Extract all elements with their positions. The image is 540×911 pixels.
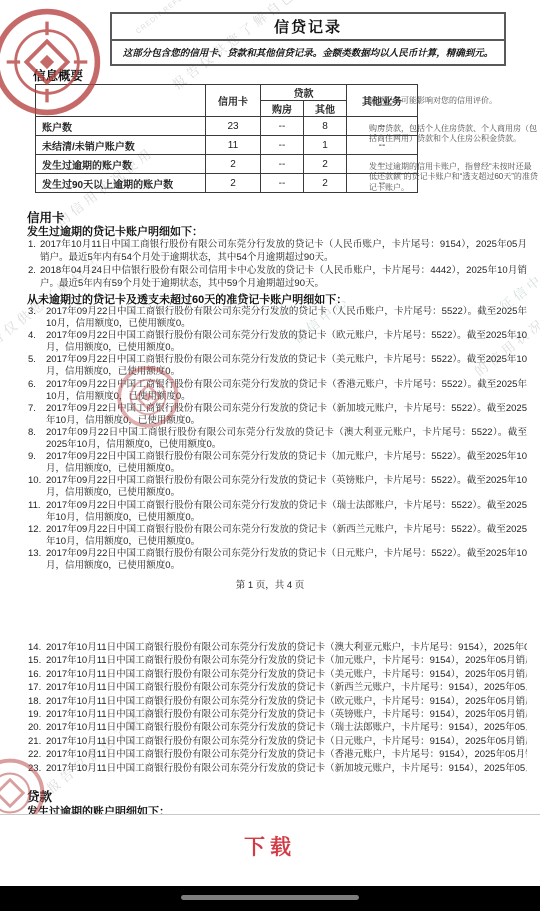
item-number: 14. [28,641,41,654]
item-text: 2017年09月22日中国工商银行股份有限公司东莞分行发放的贷记卡（日元账户，卡… [46,548,527,571]
list-item: 4.2017年09月22日中国工商银行股份有限公司东莞分行发放的贷记卡（欧元账户… [27,330,527,354]
table-row: 发生过逾期的账户数 2 -- 2 -- [36,155,418,174]
item-number: 12. [28,524,41,536]
item-text: 2017年10月11日中国工商银行股份有限公司东莞分行发放的贷记卡（日元账户，卡… [46,736,527,747]
list-item: 2. 2018年04月24日中信银行股份有限公司信用卡中心发放的贷记卡（人民币账… [27,264,527,290]
report-scroll-area[interactable]: CREDIT REFERENCE CENTER 报告仅供您了解自己 报告仅供您了… [0,0,540,814]
item-number: 1. [28,238,36,251]
item-text: 2017年09月22日中国工商银行股份有限公司东莞分行发放的贷记卡（欧元账户，卡… [46,330,527,353]
download-button[interactable]: 下载 [238,830,302,862]
summary-notes: 逾期记录可能影响对您的信用评价。 购房贷款，包括个人住房贷款、个人商用房（包括商… [369,96,539,210]
item-text: 2017年09月22日中国工商银行股份有限公司东莞分行发放的贷记卡（瑞士法郎账户… [46,500,527,523]
item-number: 20. [28,721,41,734]
table-corner-cell [36,85,206,117]
cell: 1 [304,136,347,155]
table-row: 账户数 23 -- 8 -- [36,117,418,136]
item-number: 7. [28,403,36,415]
item-text: 2017年09月22日中国工商银行股份有限公司东莞分行发放的贷记卡（加元账户，卡… [46,451,527,474]
list-item: 13.2017年09月22日中国工商银行股份有限公司东莞分行发放的贷记卡（日元账… [27,548,527,572]
item-number: 2. [28,264,36,277]
table-row: 未结清/未销户账户数 11 -- 1 -- [36,136,418,155]
cell: -- [261,174,304,193]
item-text: 2017年10月11日中国工商银行股份有限公司东莞分行发放的贷记卡（欧元账户，卡… [46,696,527,707]
cell: 2 [206,155,261,174]
loan-overdue-subheading: 发生过逾期的账户明细如下： [27,803,170,814]
list-item: 3.2017年09月22日中国工商银行股份有限公司东莞分行发放的贷记卡（人民币账… [27,306,527,330]
cell: 2 [304,174,347,193]
row-label: 未结清/未销户账户数 [36,136,206,155]
list-item: 10.2017年09月22日中国工商银行股份有限公司东莞分行发放的贷记卡（英镑账… [27,475,527,499]
item-number: 3. [28,306,36,318]
list-item: 5.2017年09月22日中国工商银行股份有限公司东莞分行发放的贷记卡（美元账户… [27,354,527,378]
item-number: 6. [28,379,36,391]
note: 逾期记录可能影响对您的信用评价。 [369,96,539,107]
item-text: 2017年09月22日中国工商银行股份有限公司东莞分行发放的贷记卡（澳大利亚元账… [46,427,527,450]
list-item: 14.2017年10月11日中国工商银行股份有限公司东莞分行发放的贷记卡（澳大利… [27,641,527,654]
item-number: 11. [28,500,41,512]
list-item: 17.2017年10月11日中国工商银行股份有限公司东莞分行发放的贷记卡（新西兰… [27,681,527,694]
item-text: 2017年09月22日中国工商银行股份有限公司东莞分行发放的贷记卡（新加坡元账户… [46,403,527,426]
cell: 8 [304,117,347,136]
item-number: 18. [28,695,41,708]
overdue-list: 1. 2017年10月11日中国工商银行股份有限公司东莞分行发放的贷记卡（人民币… [27,238,527,290]
cell: -- [261,117,304,136]
list-item: 16.2017年10月11日中国工商银行股份有限公司东莞分行发放的贷记卡（美元账… [27,668,527,681]
item-number: 4. [28,330,36,342]
col-credit-card: 信用卡 [206,85,261,117]
list-item: 23.2017年10月11日中国工商银行股份有限公司东莞分行发放的贷记卡（新加坡… [27,762,527,775]
list-item: 22.2017年10月11日中国工商银行股份有限公司东莞分行发放的贷记卡（香港元… [27,748,527,761]
list-item: 9.2017年09月22日中国工商银行股份有限公司东莞分行发放的贷记卡（加元账户… [27,451,527,475]
row-label: 账户数 [36,117,206,136]
download-area: 下载 [0,830,540,862]
item-number: 13. [28,548,41,560]
list-item: 21.2017年10月11日中国工商银行股份有限公司东莞分行发放的贷记卡（日元账… [27,735,527,748]
item-number: 23. [28,762,41,775]
item-text: 2017年10月11日中国工商银行股份有限公司东莞分行发放的贷记卡（英镑账户，卡… [46,709,527,720]
list-item: 11.2017年09月22日中国工商银行股份有限公司东莞分行发放的贷记卡（瑞士法… [27,500,527,524]
list-item: 12.2017年09月22日中国工商银行股份有限公司东莞分行发放的贷记卡（新西兰… [27,524,527,548]
cell: 11 [206,136,261,155]
page-title: 信贷记录 [112,14,504,41]
col-loan-other: 其他 [304,101,347,117]
row-label: 发生过逾期的账户数 [36,155,206,174]
cell: -- [261,155,304,174]
cell: -- [261,136,304,155]
note: 发生过逾期的信用卡账户，指曾经“未按时还最低还款额”的贷记卡账户和“透支超过60… [369,162,539,194]
cell: 2 [206,174,261,193]
list-item: 19.2017年10月11日中国工商银行股份有限公司东莞分行发放的贷记卡（英镑账… [27,708,527,721]
item-text: 2017年09月22日中国工商银行股份有限公司东莞分行发放的贷记卡（新西兰元账户… [46,524,527,547]
item-text: 2017年10月11日中国工商银行股份有限公司东莞分行发放的贷记卡（澳大利亚元账… [46,642,527,653]
never-overdue-list: 3.2017年09月22日中国工商银行股份有限公司东莞分行发放的贷记卡（人民币账… [27,306,527,572]
list-item: 6.2017年09月22日中国工商银行股份有限公司东莞分行发放的贷记卡（香港元账… [27,379,527,403]
closed-accounts-list: 14.2017年10月11日中国工商银行股份有限公司东莞分行发放的贷记卡（澳大利… [27,641,527,775]
item-text: 2017年10月11日中国工商银行股份有限公司东莞分行发放的贷记卡（瑞士法郎账户… [46,722,527,733]
item-text: 2017年10月11日中国工商银行股份有限公司东莞分行发放的贷记卡（人民币账户，… [40,239,527,263]
list-item: 1. 2017年10月11日中国工商银行股份有限公司东莞分行发放的贷记卡（人民币… [27,238,527,264]
page-indicator: 第 1 页，共 4 页 [0,577,540,591]
cell: 23 [206,117,261,136]
overdue-subheading: 发生过逾期的贷记卡账户明细如下： [27,223,203,239]
never-overdue-subheading: 从未逾期过的贷记卡及透支未超过60天的准贷记卡账户明细如下： [27,291,347,307]
item-text: 2017年09月22日中国工商银行股份有限公司东莞分行发放的贷记卡（人民币账户，… [46,306,527,329]
item-text: 2017年10月11日中国工商银行股份有限公司东莞分行发放的贷记卡（美元账户，卡… [46,669,527,680]
home-indicator[interactable] [181,895,359,900]
item-number: 5. [28,354,36,366]
item-text: 2017年09月22日中国工商银行股份有限公司东莞分行发放的贷记卡（英镑账户，卡… [46,475,527,498]
item-number: 16. [28,668,41,681]
list-item: 15.2017年10月11日中国工商银行股份有限公司东莞分行发放的贷记卡（加元账… [27,654,527,667]
item-text: 2017年10月11日中国工商银行股份有限公司东莞分行发放的贷记卡（香港元账户，… [46,749,527,760]
item-number: 10. [28,475,41,487]
table-row: 发生过90天以上逾期的账户数 2 -- 2 -- [36,174,418,193]
system-navigation-bar [0,886,540,911]
list-item: 18.2017年10月11日中国工商银行股份有限公司东莞分行发放的贷记卡（欧元账… [27,695,527,708]
item-text: 2017年10月11日中国工商银行股份有限公司东莞分行发放的贷记卡（新西兰元账户… [46,682,527,693]
item-number: 19. [28,708,41,721]
report-header-box: 信贷记录 这部分包含您的信用卡、贷款和其他信贷记录。金额类数据均以人民币计算，精… [110,12,506,66]
item-number: 8. [28,427,36,439]
item-number: 9. [28,451,36,463]
item-number: 22. [28,748,41,761]
row-label: 发生过90天以上逾期的账户数 [36,174,206,193]
col-loan: 贷款 [261,85,347,101]
cell: 2 [304,155,347,174]
item-number: 17. [28,681,41,694]
item-number: 15. [28,654,41,667]
item-number: 21. [28,735,41,748]
summary-table: 信用卡 贷款 其他业务 购房 其他 账户数 23 -- 8 -- 未结清/未销户… [35,84,418,193]
col-loan-house: 购房 [261,101,304,117]
item-text: 2018年04月24日中信银行股份有限公司信用卡中心发放的贷记卡（人民币账户，卡… [40,265,527,289]
list-item: 7.2017年09月22日中国工商银行股份有限公司东莞分行发放的贷记卡（新加坡元… [27,403,527,427]
item-text: 2017年09月22日中国工商银行股份有限公司东莞分行发放的贷记卡（香港元账户，… [46,379,527,402]
list-item: 20.2017年10月11日中国工商银行股份有限公司东莞分行发放的贷记卡（瑞士法… [27,721,527,734]
note: 购房贷款，包括个人住房贷款、个人商用房（包括商住两用）贷款和个人住房公积金贷款。 [369,124,539,145]
list-item: 8.2017年09月22日中国工商银行股份有限公司东莞分行发放的贷记卡（澳大利亚… [27,427,527,451]
summary-heading: 信息概要 [33,66,83,84]
item-text: 2017年09月22日中国工商银行股份有限公司东莞分行发放的贷记卡（美元账户，卡… [46,354,527,377]
item-text: 2017年10月11日中国工商银行股份有限公司东莞分行发放的贷记卡（新加坡元账户… [46,763,527,774]
page-subtitle: 这部分包含您的信用卡、贷款和其他信贷记录。金额类数据均以人民币计算，精确到元。 [112,41,504,64]
item-text: 2017年10月11日中国工商银行股份有限公司东莞分行发放的贷记卡（加元账户，卡… [46,655,527,666]
content-divider [0,814,540,815]
